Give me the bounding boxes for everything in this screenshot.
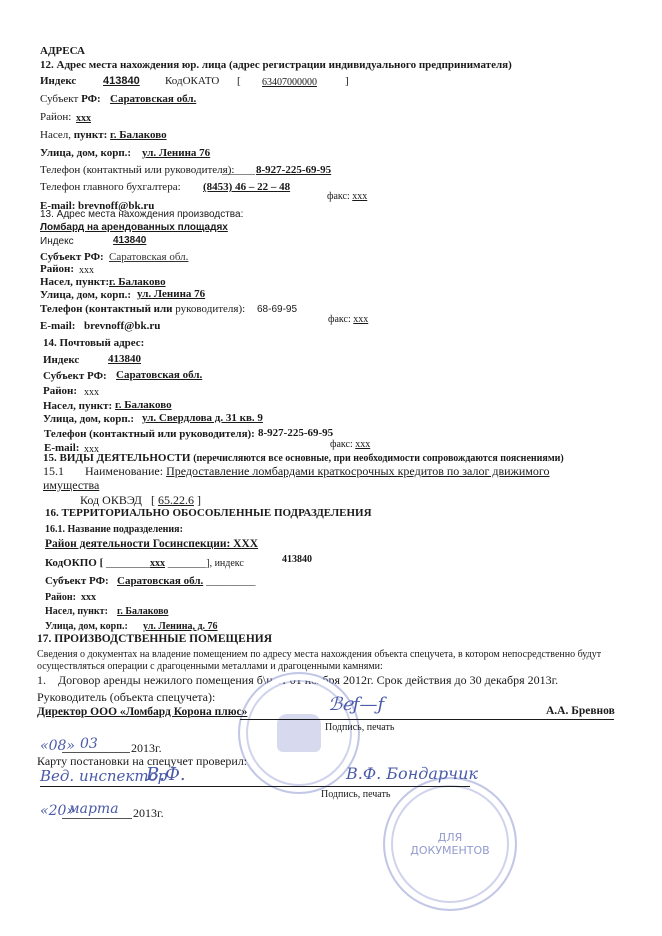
s13-fax-value: xxx xyxy=(353,314,368,325)
s12-street-value: ул. Ленина 76 xyxy=(142,147,210,160)
s16-street-value: ул. Ленина, д. 76 xyxy=(143,620,218,633)
s12-subject-label-a: Субъект xyxy=(40,93,81,105)
s15-title-note: (перечисляются все основные, при необход… xyxy=(193,453,564,464)
date1-underline xyxy=(62,752,130,753)
s12-index-value: 413840 xyxy=(103,75,140,88)
s16-district-label: Район: xyxy=(45,592,76,603)
s12-locality-value: г. Балаково xyxy=(110,129,167,142)
s13-subject-value: Саратовская обл. xyxy=(109,251,188,264)
s12-district-value: xxx xyxy=(76,112,91,125)
s16-okpo-label: КодОКПО [ xyxy=(45,557,103,569)
s17-item1-num: 1. xyxy=(37,673,46,687)
s12-district-label: Район: xyxy=(40,111,71,124)
s12-phone-value: 8-927-225-69-95 xyxy=(256,164,331,177)
s14-district-value: xxx xyxy=(84,386,99,399)
s12-okato-close: ] xyxy=(345,75,349,88)
checker-signature-line xyxy=(40,786,470,787)
s16-subject-value: Саратовская обл. xyxy=(117,575,203,587)
s12-accountant-label: Телефон главного бухгалтера: xyxy=(40,181,181,194)
stamp-text-line2: ДОКУМЕНТОВ xyxy=(410,844,489,857)
s15-okved-close: ] xyxy=(197,493,201,507)
s13-street-value: ул. Ленина 76 xyxy=(137,288,205,301)
s15-item-num: 15.1 xyxy=(43,465,64,478)
s12-index-label: Индекс xyxy=(40,75,76,88)
s15-name-label: Наименование: xyxy=(85,464,163,478)
s14-locality-label: Насел, пункт: xyxy=(43,400,112,413)
s14-district-label: Район: xyxy=(43,385,77,398)
s16-district-value: xxx xyxy=(81,592,96,603)
s13-index-label: Индекс xyxy=(40,235,74,248)
checker-initials-signature: В.Ф. xyxy=(146,764,186,785)
s12-accountant-value: (8453) 46 – 22 – 48 xyxy=(203,181,290,194)
s16-subject-blank: _________ xyxy=(206,575,256,587)
s14-subject-label: Субъект РФ: xyxy=(43,370,107,383)
s12-okato-open: [ xyxy=(237,75,241,88)
s13-locality-label: Насел, пункт: xyxy=(40,276,109,289)
s13-index-value: 413840 xyxy=(113,234,146,247)
s14-title: 14. Почтовый адрес: xyxy=(43,337,144,350)
s16-subject-label: Субъект РФ: xyxy=(45,575,109,587)
documents-stamp: ДЛЯДОКУМЕНТОВ xyxy=(383,777,517,911)
date2-month: марта xyxy=(68,801,119,817)
s16-street-label: Улица, дом, корп.: xyxy=(45,620,128,633)
s16-okpo-value: xxx xyxy=(150,558,165,569)
s16-sub-title: 16.1. Название подразделения: xyxy=(45,523,183,536)
date2-year: 2013г. xyxy=(133,807,164,820)
s15-okved-open: [ xyxy=(151,493,155,507)
s12-street-label: Улица, дом, корп.: xyxy=(40,147,131,160)
director-signature: ℬℯƒ—ƒ xyxy=(328,694,384,715)
s13-phone-label-a: Телефон (контактный или xyxy=(40,303,175,315)
s17-head-label: Руководитель (объекта спецучета): xyxy=(37,691,215,704)
s14-index-value: 413840 xyxy=(108,353,141,366)
s12-okato-value: 63407000000 xyxy=(262,76,317,89)
s16-okpo-blank-a: ________ xyxy=(106,557,150,569)
s15-title: 15. ВИДЫ ДЕЯТЕЛЬНОСТИ xyxy=(43,452,190,464)
s12-subject-value: Саратовская обл. xyxy=(110,93,196,106)
s14-fax-label: факс: xyxy=(330,439,353,450)
s17-sign-caption: Подпись, печать xyxy=(325,721,394,734)
s15-name-value-line1: Предоставление ломбардами краткосрочных … xyxy=(166,464,549,478)
s16-index-value: 413840 xyxy=(282,553,312,566)
s14-street-value: ул. Свердлова д. 31 кв. 9 xyxy=(142,412,263,425)
s16-okpo-blank-b: _______ xyxy=(168,557,207,569)
signature-line xyxy=(240,719,614,720)
s16-okpo-close: ], индекс xyxy=(206,558,244,569)
s15-name-value-line2: имущества xyxy=(43,479,99,492)
s14-subject-value: Саратовская обл. xyxy=(116,369,202,382)
s12-locality-label-a: Насел, xyxy=(40,129,74,141)
s13-subtitle: Ломбард на арендованных площадях xyxy=(40,221,228,234)
s12-phone-blank: ______ xyxy=(222,164,255,177)
stamp-text-line1: ДЛЯ xyxy=(438,831,463,844)
s12-fax-value: xxx xyxy=(352,191,367,202)
s13-email-label: E-mail: xyxy=(40,320,75,333)
s14-phone-value: 8-927-225-69-95 xyxy=(258,427,333,440)
s16-division: Район деятельности Госинспекции: XXX xyxy=(45,538,258,551)
checker-signature: В.Ф. Бондарчик xyxy=(346,764,478,783)
s13-street-label: Улица, дом, корп.: xyxy=(40,289,131,302)
s14-street-label: Улица, дом, корп.: xyxy=(43,413,134,426)
s16-locality-value: г. Балаково xyxy=(117,605,168,618)
s13-phone-label-b: руководителя): xyxy=(175,303,245,315)
s17-director-name: А.А. Бревнов xyxy=(546,705,615,718)
s16-locality-label: Насел, пункт: xyxy=(45,605,108,618)
s13-phone-value: 68-69-95 xyxy=(257,303,297,316)
s15-okved-label: Код ОКВЭД xyxy=(80,493,142,507)
s13-title: 13. Адрес места нахождения производства: xyxy=(40,208,243,221)
s17-title: 17. ПРОИЗВОДСТВЕННЫЕ ПОМЕЩЕНИЯ xyxy=(37,633,272,646)
date2-underline xyxy=(62,818,132,819)
s13-district-label: Район: xyxy=(40,263,74,276)
s14-phone-label: Телефон (контактный или руководителя): xyxy=(44,428,255,441)
s12-phone-label: Телефон (контактный или руководителя): xyxy=(40,164,234,177)
s12-title: 12. Адрес места нахождения юр. лица (адр… xyxy=(40,59,512,72)
s14-fax-value: xxx xyxy=(355,439,370,450)
s12-okato-label: КодОКАТО xyxy=(165,75,219,88)
s12-locality-label-b: пункт: xyxy=(74,129,108,141)
s13-email-value: brevnoff@bk.ru xyxy=(84,320,160,333)
s15-okved-value: 65.22.6 xyxy=(158,493,194,507)
s17-director: Директор ООО «Ломбард Корона плюс» xyxy=(37,706,247,719)
s12-subject-label-b: РФ: xyxy=(81,93,101,105)
date1-month: 03 xyxy=(80,736,98,752)
s14-locality-value: г. Балаково xyxy=(115,399,172,412)
section-heading-addresses: АДРЕСА xyxy=(40,45,85,58)
s16-title: 16. ТЕРРИТОРИАЛЬНО ОБОСОБЛЕННЫЕ ПОДРАЗДЕ… xyxy=(45,507,372,520)
s17-sign-caption2: Подпись, печать xyxy=(321,788,390,801)
s14-index-label: Индекс xyxy=(43,354,79,367)
s17-desc-line2: осуществляться операции с драгоценными м… xyxy=(37,660,383,673)
s12-fax-label: факс: xyxy=(327,191,350,202)
s13-fax-label: факс: xyxy=(328,314,351,325)
